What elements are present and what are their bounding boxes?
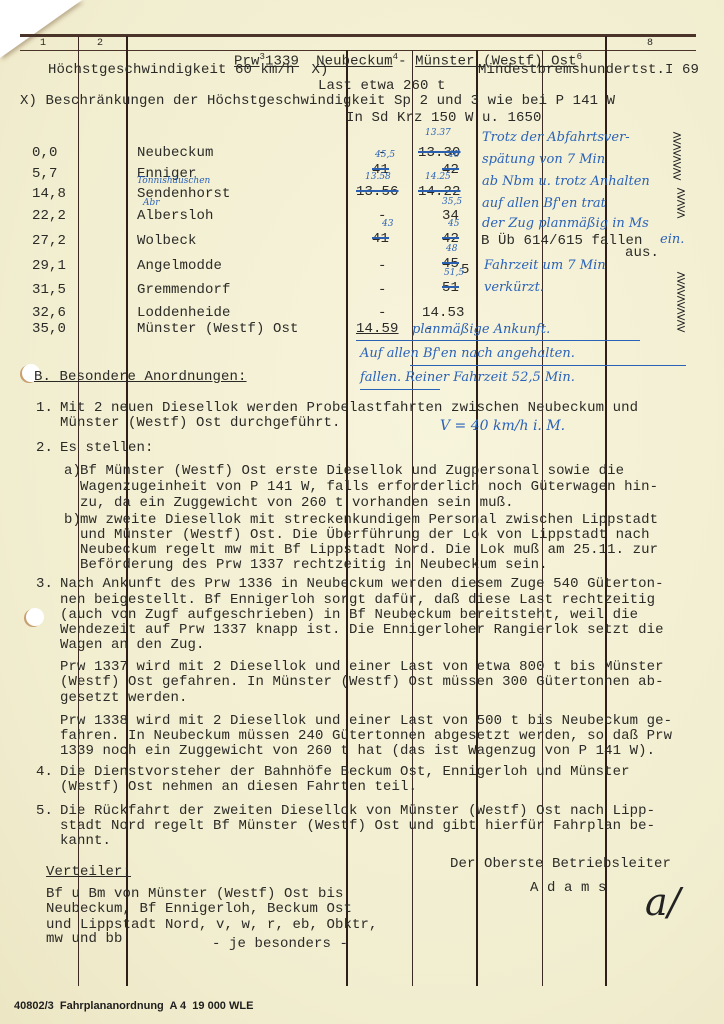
station-note: Abr: [143, 198, 160, 208]
handwritten-line: Fahrzeit um 7 Min: [484, 258, 606, 273]
arr-time: 13.56: [356, 184, 399, 200]
order-line: kannt.: [60, 833, 111, 849]
order-line: Münster (Westf) Ost durchgeführt.: [60, 415, 341, 431]
remark-bueb: B Üb 614/615 fallen: [481, 233, 643, 249]
order-line: (Westf) Ost nehmen an diesen Fahrten tei…: [60, 779, 417, 795]
km: 27,2: [32, 233, 66, 249]
order-number: b): [64, 512, 81, 528]
signatory-name: A d a m s: [530, 880, 607, 896]
column-number: 2: [97, 38, 103, 49]
order-line: Neubeckum regelt mw mit Bf Lippstadt Nor…: [80, 542, 658, 558]
order-line: zu, da ein Zuggewicht von 260 t vorhande…: [80, 495, 514, 511]
blue-underline: [356, 340, 640, 341]
arr-correction: 43: [382, 219, 393, 229]
load: Last etwa 260 t: [318, 78, 446, 94]
document-page: 1 2 8 Prw31339 Neubeckum4- Münster (West…: [0, 0, 724, 1024]
column-number: 1: [40, 38, 46, 49]
order-line: mw zweite Diesellok mit streckenkundigem…: [80, 512, 658, 528]
order-line: gesetzt werden.: [60, 690, 188, 706]
handwritten-line: Trotz der Abfahrtsver-: [482, 130, 630, 145]
handwritten-line: Auf allen Bf'en nach angehalten.: [360, 346, 575, 361]
form-footer: 40802/3 Fahrplananordnung A 4 19 000 WLE: [14, 1000, 253, 1012]
handwritten-line: verkürzt.: [484, 280, 544, 295]
dep-correction: 14.25: [425, 172, 451, 182]
arr-time: -: [378, 258, 387, 274]
order-number: 1.: [36, 400, 53, 416]
handwritten-line: auf allen Bf'en trat: [482, 196, 606, 211]
arr-time: 14.59: [356, 321, 399, 337]
order-line: Bf Münster (Westf) Ost erste Diesellok u…: [80, 463, 624, 479]
arr-correction: 45,5: [375, 150, 395, 160]
station-note: Tönnishäuschen: [137, 176, 210, 186]
order-line: Wendezeit auf Prw 1337 knapp ist. Die En…: [60, 622, 664, 638]
handwritten-line: fallen. Reiner Fahrzeit 52,5 Min.: [360, 370, 575, 385]
signature-initial: a/: [645, 880, 680, 924]
dep-correction: 13.37: [425, 128, 451, 138]
max-speed: Höchstgeschwindigkeit 60 km/h X): [48, 62, 329, 78]
order-line: Wagenzugeinheit von P 141 W, falls erfor…: [80, 479, 658, 495]
arr-time: -: [378, 282, 387, 298]
order-line: Die Rückfahrt der zweiten Diesellok von …: [60, 803, 655, 819]
handwritten-line: V = 40 km/h i. M.: [440, 418, 565, 434]
order-line: Beförderung des Prw 1337 rechtzeitig in …: [80, 557, 548, 573]
station: Albersloh: [137, 208, 214, 224]
order-number: a): [64, 463, 81, 479]
km: 29,1: [32, 258, 66, 274]
arr-time: -: [378, 305, 387, 321]
km: 14,8: [32, 186, 66, 202]
order-line: stadt Nord regelt Bf Münster (Westf) Ost…: [60, 818, 655, 834]
order-line: (auch von Zugf aufgeschrieben) in Bf Neu…: [60, 607, 638, 623]
dep-correction: 51,5: [444, 268, 464, 278]
remark-aus: aus.: [625, 245, 659, 261]
order-line: Nach Ankunft des Prw 1336 in Neubeckum w…: [60, 576, 664, 592]
order-line: fahren. In Neubeckum müssen 240 Güterton…: [60, 728, 672, 744]
handwritten-line: ab Nbm u. trotz Anhalten: [482, 174, 650, 189]
order-line: Wagen an den Zug.: [60, 637, 205, 653]
dep-time: 14.53: [422, 305, 465, 321]
dep-correction: 45: [448, 219, 459, 229]
station: Angelmodde: [137, 258, 222, 274]
km: 5,7: [32, 166, 58, 182]
order-number: 3.: [36, 576, 53, 592]
wavy-mark: ><><><><: [672, 132, 682, 180]
order-number: 5.: [36, 803, 53, 819]
arr-correction: 13.58: [365, 172, 391, 182]
km: 32,6: [32, 305, 66, 321]
blue-underline: [360, 389, 440, 390]
station: Gremmendorf: [137, 282, 231, 298]
station: Loddenheide: [137, 305, 231, 321]
distribution-line: Neubeckum, Bf Ennigerloh, Beckum Ost: [46, 901, 352, 917]
km: 31,5: [32, 282, 66, 298]
order-line: 1339 noch ein Zuggewicht von 260 t hat (…: [60, 743, 655, 759]
handwritten-line: der Zug planmäßig in Ms: [482, 216, 649, 231]
station: Münster (Westf) Ost: [137, 321, 299, 337]
handwritten-line: planmäßige Ankunft.: [412, 322, 550, 337]
distribution-heading: Verteiler:: [46, 864, 131, 880]
order-line: Prw 1338 wird mit 2 Diesellok und einer …: [60, 713, 672, 729]
order-line: (Westf) Ost gefahren. In Münster (Westf)…: [60, 674, 664, 690]
speed-restriction: X) Beschränkungen der Höchstgeschwindigk…: [20, 93, 615, 109]
station: Neubeckum: [137, 145, 214, 161]
dep-time: 51: [442, 280, 459, 296]
wavy-mark: ><><>: [676, 188, 686, 218]
signatory-title: Der Oberste Betriebsleiter: [450, 856, 671, 872]
station: Wolbeck: [137, 233, 197, 249]
brake-percentage: Mindestbremshundertst.I 69: [478, 62, 699, 78]
order-line: Mit 2 neuen Diesellok werden Probelastfa…: [60, 400, 638, 416]
handwritten-line: ein.: [660, 232, 684, 247]
order-line: Prw 1337 wird mit 2 Diesellok und einer …: [60, 659, 664, 675]
distribution-line: Bf u Bm von Münster (Westf) Ost bis: [46, 886, 344, 902]
column-number: 8: [647, 38, 653, 49]
punch-hole: [26, 608, 44, 626]
blue-underline: [410, 365, 686, 366]
dep-correction: 48: [446, 244, 457, 254]
dep-correction: 35,5: [442, 197, 462, 207]
order-line: und Münster (Westf) Ost. Die Überführung…: [80, 527, 650, 543]
order-number: 4.: [36, 764, 53, 780]
km: 35,0: [32, 321, 66, 337]
distribution-note: - je besonders -: [212, 936, 348, 952]
wavy-mark: ><><><><><: [676, 272, 686, 332]
column-divider: [126, 36, 128, 986]
handwritten-line: spätung von 7 Min: [482, 152, 605, 167]
sd-krz: In Sd Krz 150 W u. 1650: [346, 110, 542, 126]
km: 0,0: [32, 145, 58, 161]
order-number: 2.: [36, 440, 53, 456]
orders-heading: B. Besondere Anordnungen:: [34, 369, 247, 385]
order-line: Die Dienstvorsteher der Bahnhöfe Beckum …: [60, 764, 630, 780]
km: 22,2: [32, 208, 66, 224]
arr-time: 41: [372, 231, 389, 247]
order-line: nen beigestellt. Bf Ennigerloh sorgt daf…: [60, 592, 655, 608]
distribution-line: mw und bb: [46, 931, 123, 947]
order-line: Es stellen:: [60, 440, 154, 456]
dep-correction: 46: [448, 150, 459, 160]
